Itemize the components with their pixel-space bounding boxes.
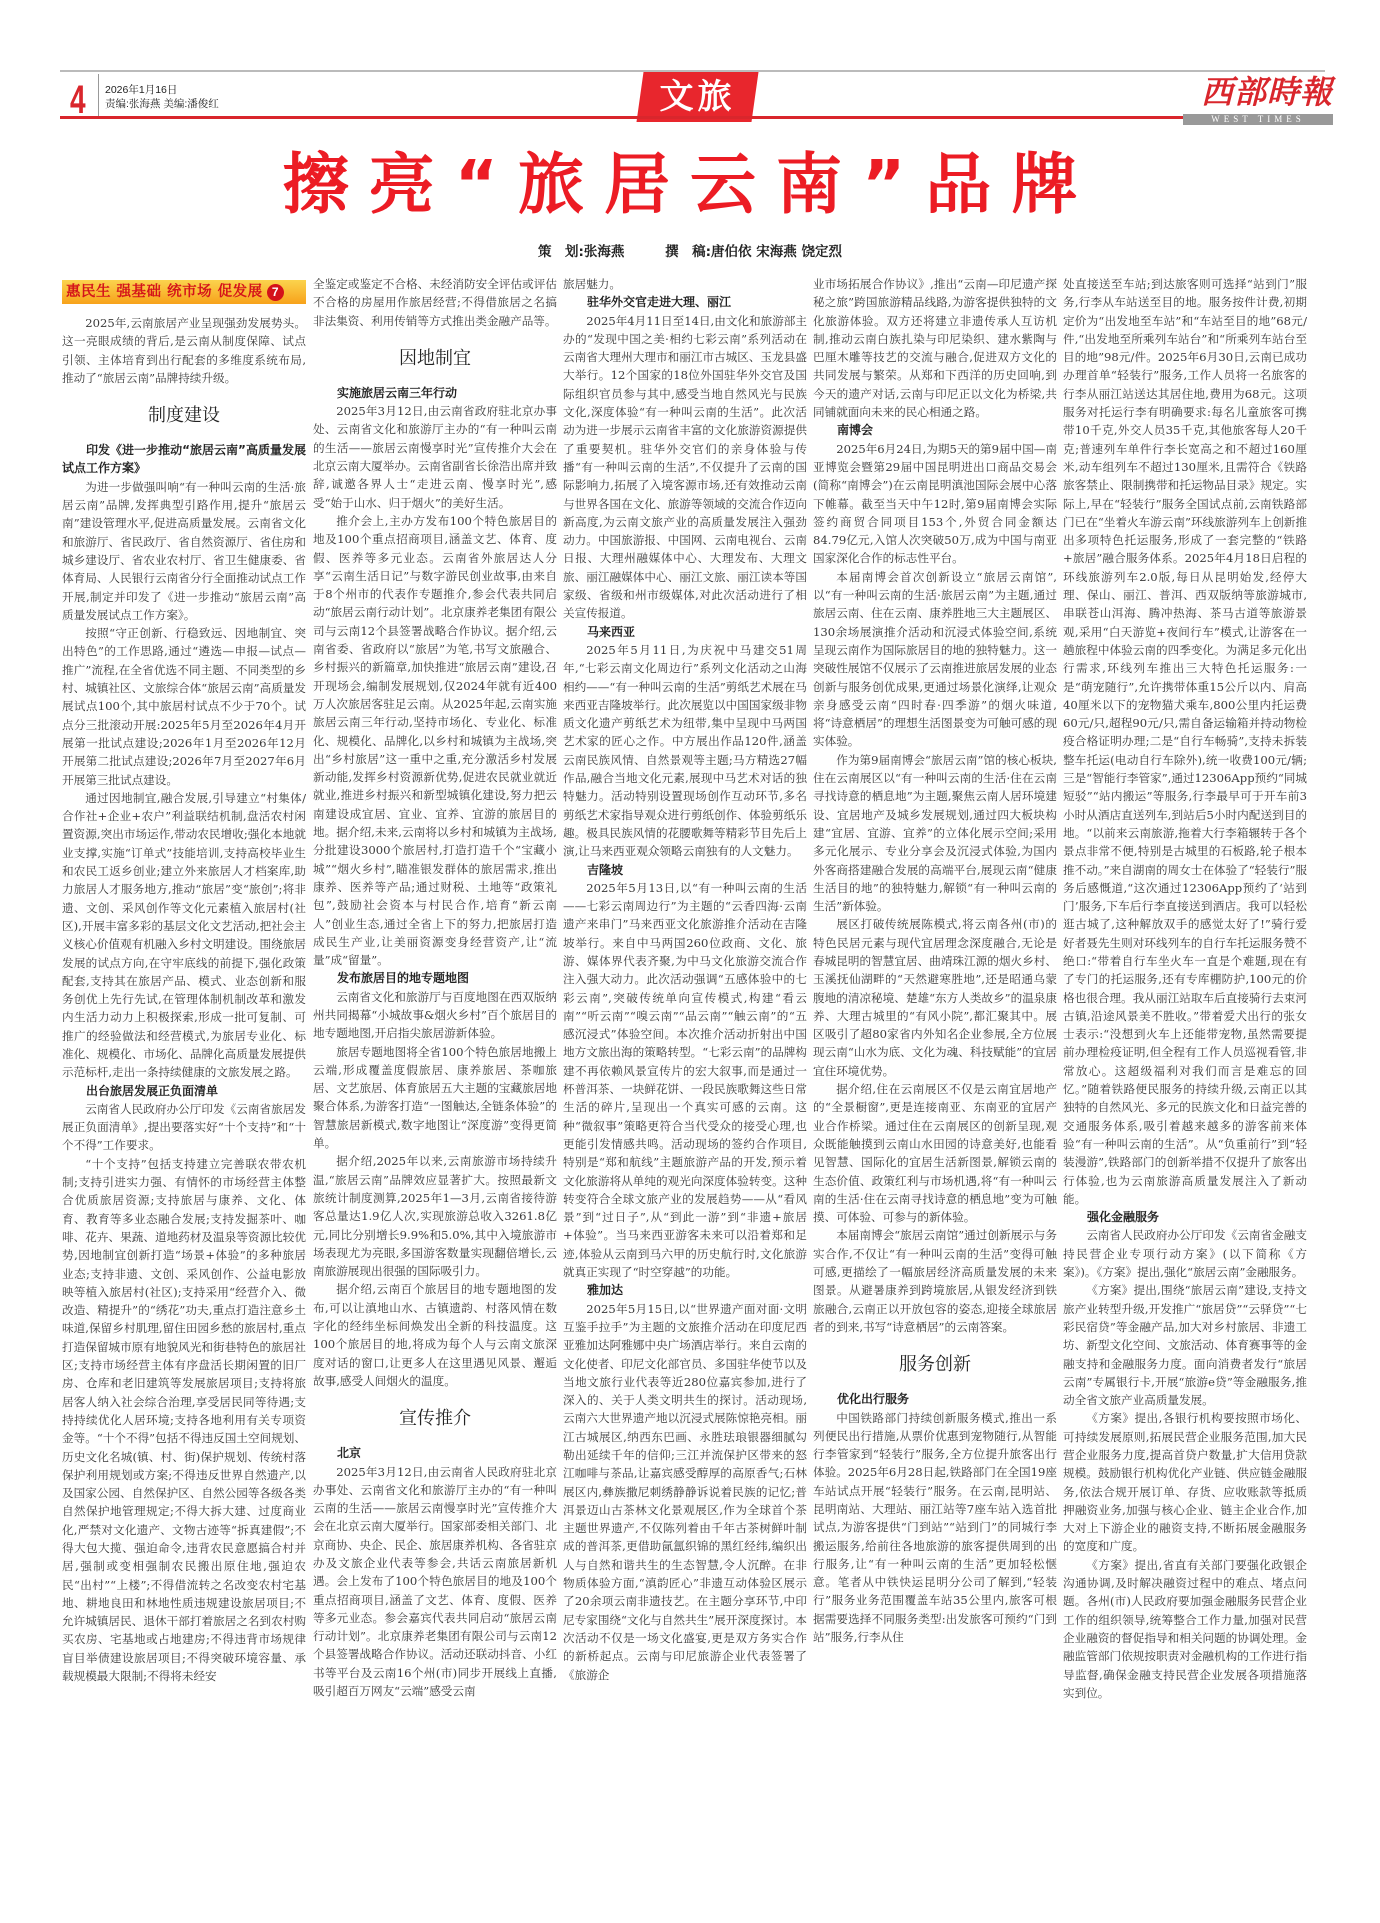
- paragraph: 《方案》提出,省直有关部门要强化政银企沟通协调,及时解决融资过程中的难点、堵点问…: [1063, 1556, 1307, 1702]
- masthead-rule: [60, 116, 1280, 119]
- paragraph: 2025年3月12日,由云南省政府驻北京办事处、云南省文化和旅游厅主办的“有一种…: [313, 402, 557, 512]
- paragraph: 作为第9届南博会“旅居云南”馆的核心板块,住在云南展区以“有一种叫云南的生活·住…: [813, 751, 1057, 916]
- column-1: 惠民生 强基础 统市场 促发展 7 2025年,云南旅居产业呈现强劲发展势头。这…: [62, 275, 306, 1685]
- subheading: 实施旅居云南三年行动: [313, 384, 557, 402]
- paragraph: 2025年4月11日至14日,由文化和旅游部主办的“发现中国之美·相约七彩云南”…: [563, 312, 807, 623]
- subheading: 驻华外交官走进大理、丽江: [563, 293, 807, 311]
- paragraph: “十个支持”包括支持建立完善联农带农机制;支持引进实力强、有情怀的市场经营主体整…: [62, 1155, 306, 1686]
- section-title-institution: 制度建设: [62, 405, 306, 427]
- subheading: 马来西亚: [563, 623, 807, 641]
- paragraph: 为进一步做强叫响“有一种叫云南的生活·旅居云南”品牌,发挥典型引路作用,提升“旅…: [62, 478, 306, 624]
- section-tag: 文旅: [636, 72, 758, 122]
- subheading: 北京: [313, 1444, 557, 1462]
- issue-date: 2026年1月16日: [105, 83, 219, 97]
- editor-credits: 责编:张海燕 美编:潘俊红: [105, 97, 219, 111]
- subheading: 印发《进一步推动“旅居云南”高质量发展试点工作方案》: [62, 441, 306, 478]
- byline: 策 划:张海燕 撰 稿:唐伯依 宋海燕 饶定烈: [0, 240, 1380, 260]
- planning-credit: 策 划:张海燕: [538, 244, 624, 260]
- paragraph: 展区打破传统展陈模式,将云南各州(市)的特色民居元素与现代宜居理念深度融合,无论…: [813, 915, 1057, 1080]
- paragraph: 2025年5月11日,为庆祝中马建交51周年,“七彩云南文化周边行”系列文化活动…: [563, 641, 807, 861]
- paragraph: 《方案》提出,围绕“旅居云南”建设,支持文旅产业转型升级,开发推广“旅居贷”“云…: [1063, 1281, 1307, 1409]
- paragraph: 2025年5月15日,以“世界遗产面对面·文明互鉴手拉手”为主题的文旅推介活动在…: [563, 1300, 807, 1684]
- paragraph: 本届南博会首次创新设立“旅居云南馆”,以“有一种叫云南的生活·旅居云南”为主题,…: [813, 568, 1057, 751]
- paragraph: 云南省人民政府办公厅印发《云南省金融支持民营企业专项行动方案》(以下简称《方案》…: [1063, 1226, 1307, 1281]
- paragraph: 《方案》提出,各银行机构要按照市场化、可持续发展原则,拓展民营企业服务范围,加大…: [1063, 1409, 1307, 1555]
- subheading: 强化金融服务: [1063, 1208, 1307, 1226]
- paragraph: 中国铁路部门持续创新服务模式,推出一系列便民出行措施,从票价优惠到宠物随行,从智…: [813, 1409, 1057, 1647]
- paragraph: 据介绍,住在云南展区不仅是云南宜居地产的“全景橱窗”,更是连接南亚、东南亚的宜居…: [813, 1080, 1057, 1226]
- page-number: 4: [70, 80, 86, 120]
- paragraph: 2025年6月24日,为期5天的第9届中国—南亚博览会暨第29届中国昆明进出口商…: [813, 440, 1057, 568]
- page-meta: 2026年1月16日 责编:张海燕 美编:潘俊红: [98, 74, 219, 118]
- paragraph: 按照“守正创新、行稳致远、因地制宜、突出特色”的工作思路,通过“遴选—申报—试点…: [62, 624, 306, 789]
- paragraph: 2025年3月12日,由云南省人民政府驻北京办事处、云南省文化和旅游厅主办的“有…: [313, 1463, 557, 1701]
- paragraph: 2025年5月13日,以“有一种叫云南的生活——七彩云南周边行”为主题的“云香四…: [563, 879, 807, 1282]
- subheading: 南博会: [813, 421, 1057, 439]
- paragraph: 处直接送至车站;到达旅客则可选择“站到门”服务,行李从车站送至目的地。服务按件计…: [1063, 275, 1307, 1208]
- subheading: 出台旅居发展正负面清单: [62, 1082, 306, 1100]
- writer-credit: 撰 稿:唐伯依 宋海燕 饶定烈: [665, 244, 842, 260]
- paragraph: 据介绍,2025年以来,云南旅游市场持续升温,“旅居云南”品牌效应显著扩大。按照…: [313, 1152, 557, 1280]
- masthead: 4 2026年1月16日 责编:张海燕 美编:潘俊红 文旅: [60, 70, 1325, 115]
- paragraph: 云南省人民政府办公厅印发《云南省旅居发展正负面清单》,提出要落实好“十个支持”和…: [62, 1100, 306, 1155]
- paragraph: 全鉴定或鉴定不合格、未经消防安全评估或评估不合格的房屋用作旅居经营;不得借旅居之…: [313, 275, 557, 330]
- newspaper-logo: 西部時報 WEST TIMES: [1183, 70, 1333, 125]
- section-label: 文旅: [640, 72, 755, 122]
- paragraph: 推介会上,主办方发布100个特色旅居目的地及100个重点招商项目,涵盖文艺、体育…: [313, 512, 557, 969]
- column-5: 处直接送至车站;到达旅客则可选择“站到门”服务,行李从车站送至目的地。服务按件计…: [1063, 275, 1307, 1702]
- subheading: 发布旅居目的地专题地图: [313, 969, 557, 987]
- paragraph: 云南省文化和旅游厅与百度地图在西双版纳州共同揭幕“小城故事&烟火乡村”百个旅居目…: [313, 988, 557, 1043]
- paragraph: 据介绍,云南百个旅居目的地专题地图的发布,可以让滇地山水、古镇遗韵、村落风情在数…: [313, 1280, 557, 1390]
- subheading: 雅加达: [563, 1281, 807, 1299]
- logo-chinese: 西部時報: [1183, 70, 1333, 114]
- section-title-promotion: 宣传推介: [313, 1408, 557, 1430]
- paragraph: 通过因地制宜,融合发展,引导建立“村集体/合作社+企业+农户”利益联结机制,盘活…: [62, 789, 306, 1082]
- column-3: 旅居魅力。 驻华外交官走进大理、丽江 2025年4月11日至14日,由文化和旅游…: [563, 275, 807, 1684]
- intro-paragraph: 2025年,云南旅居产业呈现强劲发展势头。这一亮眼成绩的背后,是云南从制度保障、…: [62, 314, 306, 387]
- subheading: 吉隆坡: [563, 861, 807, 879]
- column-2: 全鉴定或鉴定不合格、未经消防安全评估或评估不合格的房屋用作旅居经营;不得借旅居之…: [313, 275, 557, 1700]
- series-number-badge: 7: [267, 284, 284, 301]
- series-banner: 惠民生 强基础 统市场 促发展 7: [62, 280, 306, 304]
- subheading: 优化出行服务: [813, 1390, 1057, 1408]
- series-label: 惠民生 强基础 统市场 促发展: [66, 283, 263, 301]
- paragraph: 本届南博会“旅居云南馆”通过创新展示与务实合作,不仅让“有一种叫云南的生活”变得…: [813, 1226, 1057, 1336]
- paragraph: 旅居魅力。: [563, 275, 807, 293]
- section-title-local: 因地制宜: [313, 348, 557, 370]
- column-4: 业市场拓展合作协议》,推出“云南—印尼遗产探秘之旅”跨国旅游精品线路,为游客提供…: [813, 275, 1057, 1646]
- paragraph: 旅居专题地图将全省100个特色旅居地搬上云端,形成覆盖度假旅居、康养旅居、茶咖旅…: [313, 1043, 557, 1153]
- logo-english: WEST TIMES: [1183, 114, 1333, 125]
- section-title-service: 服务创新: [813, 1354, 1057, 1376]
- paragraph: 业市场拓展合作协议》,推出“云南—印尼遗产探秘之旅”跨国旅游精品线路,为游客提供…: [813, 275, 1057, 421]
- headline: 擦亮“旅居云南”品牌: [0, 140, 1380, 230]
